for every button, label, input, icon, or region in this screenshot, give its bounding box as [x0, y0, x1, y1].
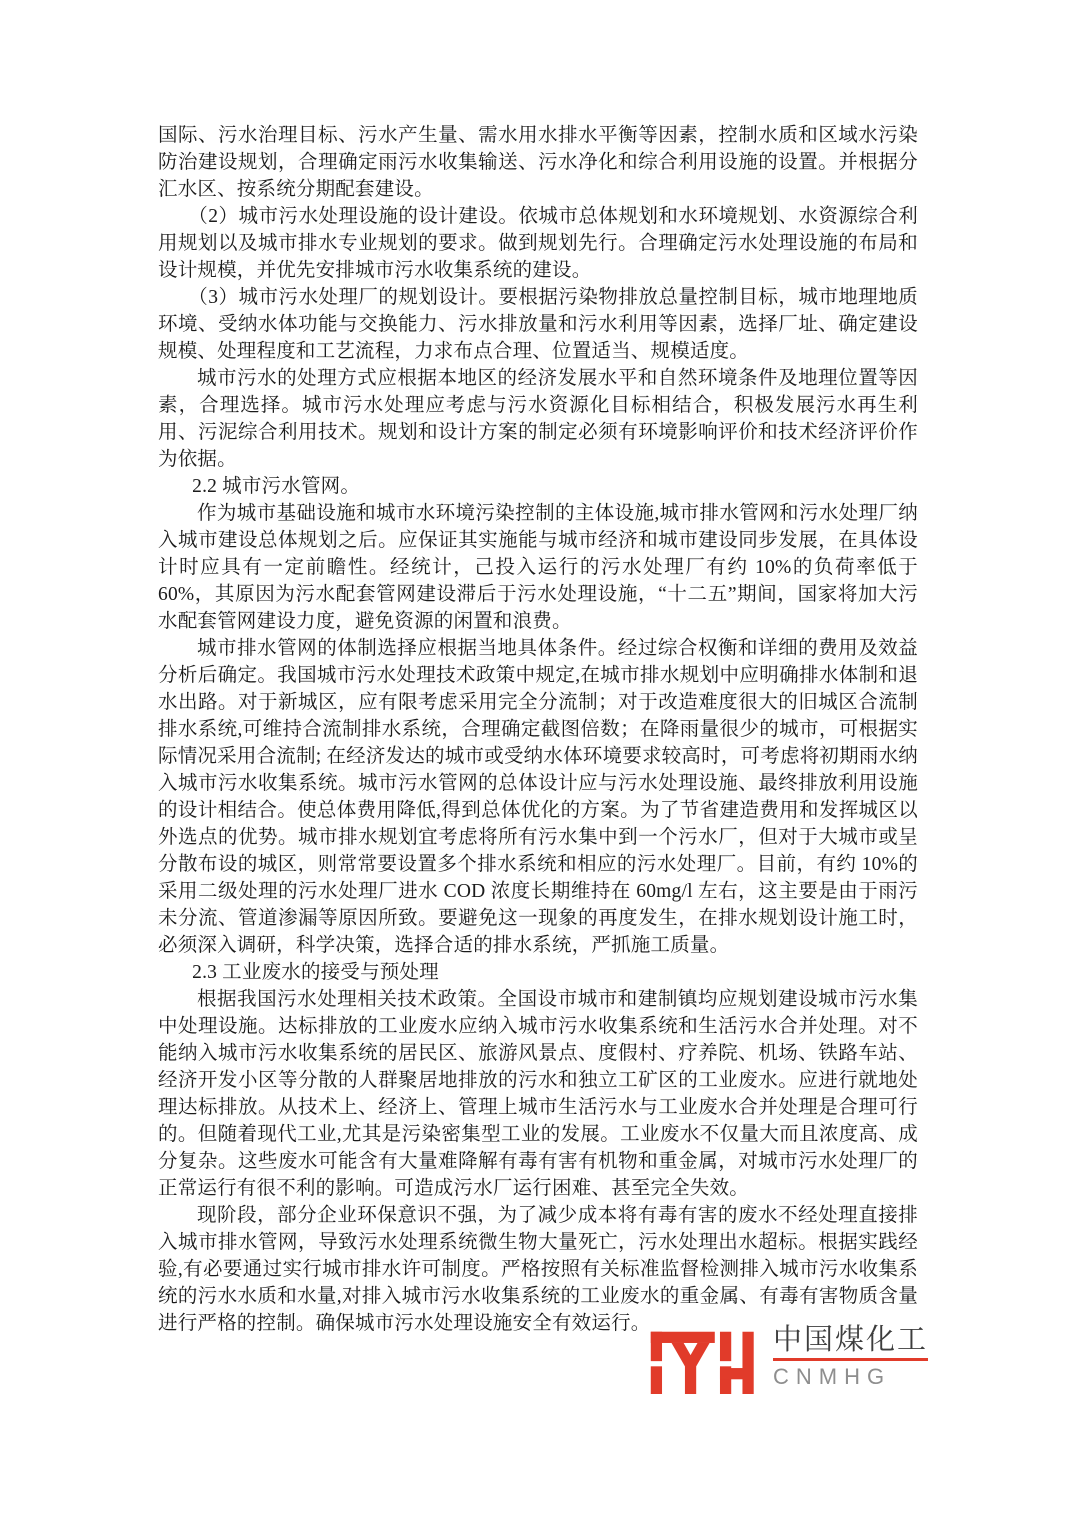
myh-monogram-icon: [650, 1330, 764, 1394]
para-watershed: 国际、污水治理目标、污水产生量、需水用水排水平衡等因素，控制水质和区域水污染防治…: [158, 122, 918, 203]
para-pipe-network-2: 城市排水管网的体制选择应根据当地具体条件。经过综合权衡和详细的费用及效益分析后确…: [158, 635, 918, 959]
para-industrial-1: 根据我国污水处理相关技术政策。全国设市城市和建制镇均应规划建设城市污水集中处理设…: [158, 986, 918, 1202]
cnmhg-watermark-logo: 中国煤化工 CNMHG: [650, 1316, 916, 1412]
document-page-text: 国际、污水治理目标、污水产生量、需水用水排水平衡等因素，控制水质和区域水污染防治…: [158, 122, 918, 1337]
logo-brand-chinese: 中国煤化工: [773, 1324, 928, 1361]
heading-2-3: 2.3 工业废水的接受与预处理: [158, 959, 918, 986]
logo-brand-latin: CNMHG: [773, 1364, 928, 1390]
heading-2-2: 2.2 城市污水管网。: [158, 473, 918, 500]
para-pipe-network-1: 作为城市基础设施和城市水环境污染控制的主体设施,城市排水管网和污水处理厂纳入城市…: [158, 500, 918, 635]
para-item-3: （3）城市污水处理厂的规划设计。要根据污染物排放总量控制目标，城市地理地质环境、…: [158, 284, 918, 365]
para-item-2: （2）城市污水处理设施的设计建设。依城市总体规划和水环境规划、水资源综合利用规划…: [158, 203, 918, 284]
para-treatment-mode: 城市污水的处理方式应根据本地区的经济发展水平和自然环境条件及地理位置等因素，合理…: [158, 365, 918, 473]
logo-text-column: 中国煤化工 CNMHG: [773, 1324, 928, 1390]
